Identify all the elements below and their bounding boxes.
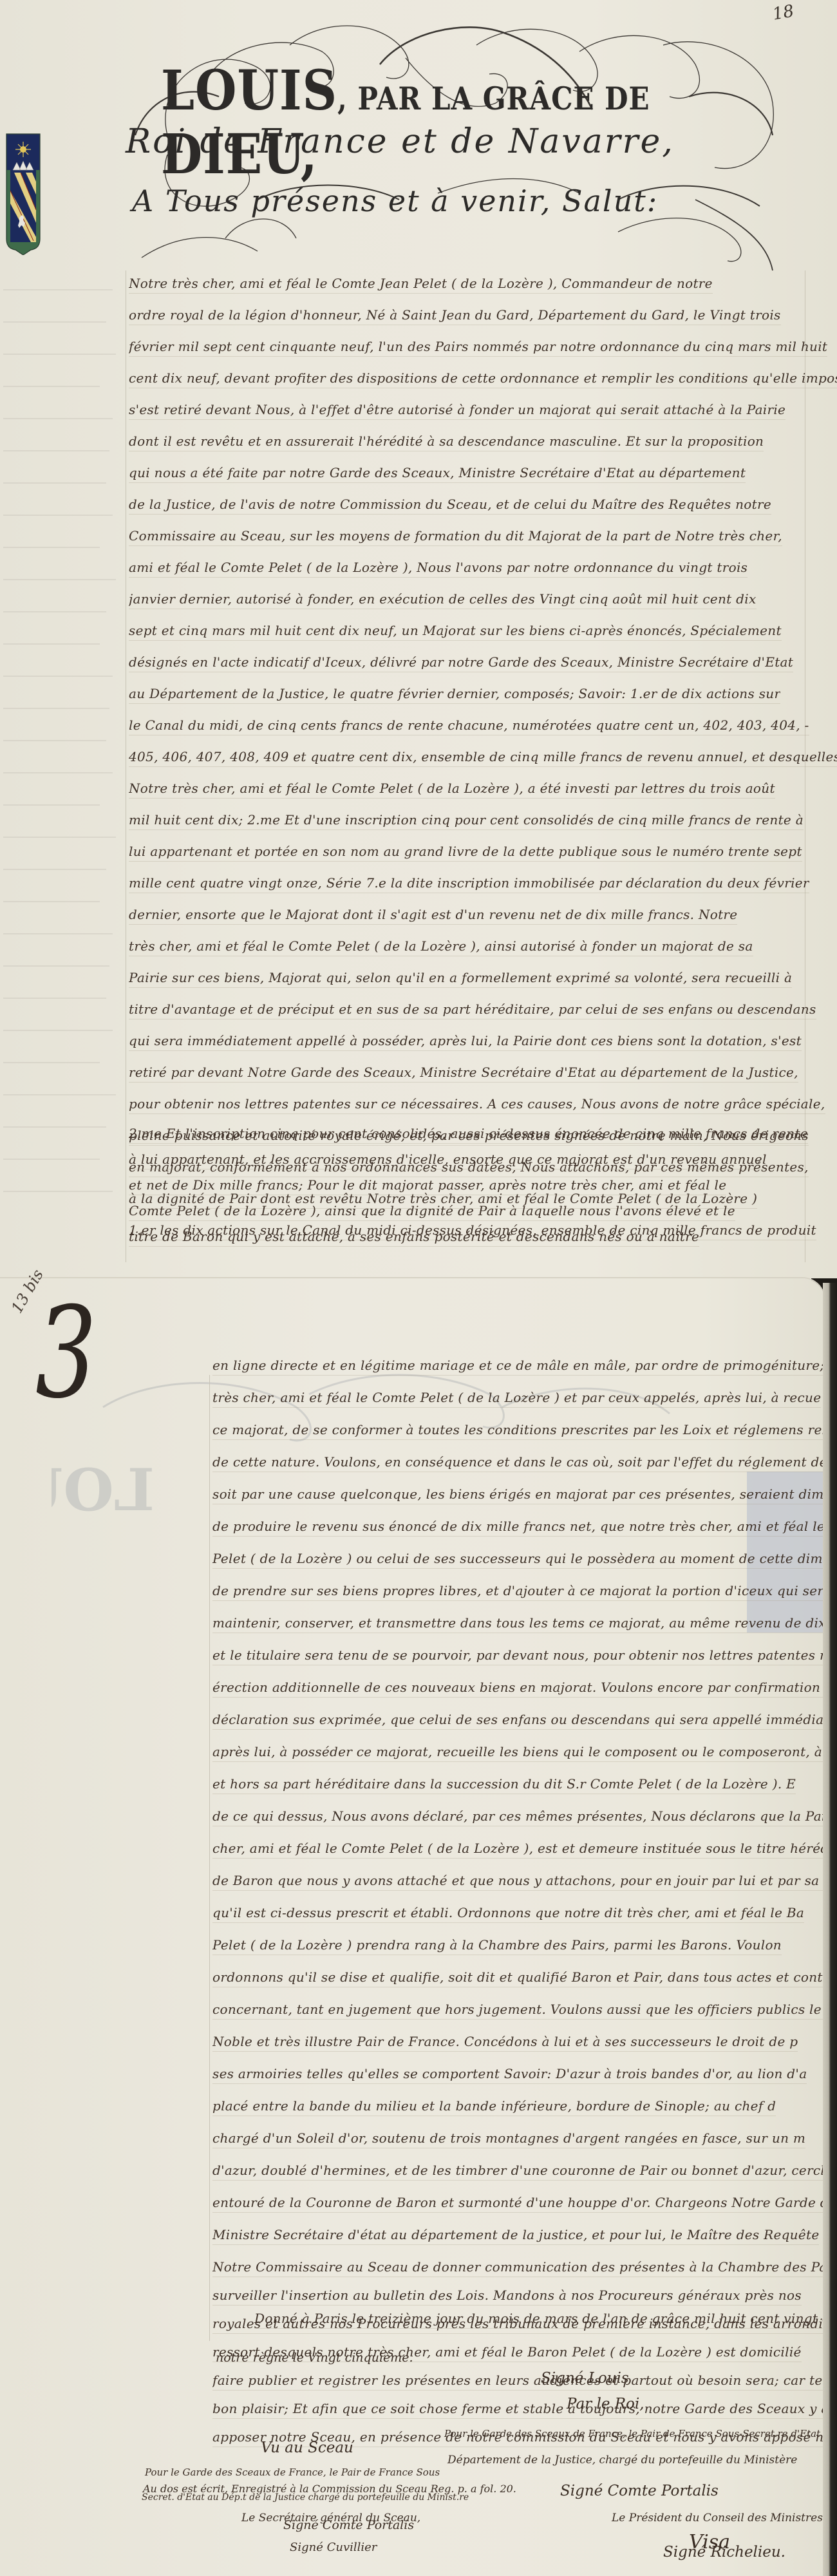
text-line: au Département de la Justice, le quatre … bbox=[129, 684, 780, 704]
text-line: érection additionnelle de ces nouveaux b… bbox=[212, 1678, 837, 1698]
text-line: février mil sept cent cinquante neuf, l'… bbox=[129, 337, 827, 357]
left-margin-rule bbox=[126, 270, 126, 1262]
text-line: s'est retiré devant Nous, à l'effet d'êt… bbox=[129, 400, 785, 420]
text-line: qui nous a été faite par notre Garde des… bbox=[129, 463, 746, 483]
text-line: ami et féal le Comte Pelet ( de la Lozèr… bbox=[129, 558, 748, 578]
svg-text:LOUIS, PAR LA GRÂCE DE DIEU,: LOUIS, PAR LA GRÂCE DE DIEU, bbox=[52, 1456, 155, 1524]
letters-patent-text-page-2: en ligne directe et en légitime mariage … bbox=[212, 1356, 825, 2270]
text-line: désignés en l'acte indicatif d'Iceux, dé… bbox=[129, 652, 793, 672]
text-line: de prendre sur ses biens propres libres,… bbox=[212, 1581, 837, 1601]
text-line: Pelet ( de la Lozère ) ou celui de ses s… bbox=[212, 1549, 837, 1569]
text-line: de produire le revenu sus énoncé de dix … bbox=[212, 1517, 837, 1537]
text-line: soit par une cause quelconque, les biens… bbox=[212, 1484, 837, 1504]
text-line: chargé d'un Soleil d'or, soutenu de troi… bbox=[212, 2128, 805, 2148]
signature-king: Signé Louis bbox=[541, 2370, 629, 2387]
text-line: pour obtenir nos lettres patentes sur ce… bbox=[129, 1094, 825, 1114]
text-line: bon plaisir; Et afin que ce soit chose f… bbox=[212, 2399, 829, 2419]
text-line: Commissaire au Sceau, sur les moyens de … bbox=[129, 526, 782, 546]
text-line: retiré par devant Notre Garde des Sceaux… bbox=[129, 1063, 798, 1083]
text-line: en ligne directe et en légitime mariage … bbox=[212, 1356, 837, 1376]
text-line: 405, 406, 407, 408, 409 et quatre cent d… bbox=[129, 747, 837, 767]
text-line: et hors sa part héréditaire dans la succ… bbox=[212, 1774, 796, 1794]
countersign-title-2: Département de la Justice, chargé du por… bbox=[447, 2454, 797, 2467]
text-line: surveiller l'insertion au bulletin des L… bbox=[212, 2286, 802, 2306]
text-line: Pairie sur ces biens, Majorat qui, selon… bbox=[129, 968, 792, 988]
text-line: de cette nature. Voulons, en conséquence… bbox=[212, 1452, 837, 1472]
text-line: concernant, tant en jugement que hors ju… bbox=[212, 2000, 837, 2020]
countersign-title-1: Pour le Garde des Sceaux de France, le P… bbox=[444, 2428, 820, 2439]
text-line: après lui, à posséder ce majorat, recuei… bbox=[212, 1742, 837, 1762]
text-line: ce majorat, de se conformer à toutes les… bbox=[212, 1420, 837, 1440]
reign-line: notre règne le Vingt cinquième. bbox=[216, 2351, 413, 2365]
letters-patent-text-page-1-end: 2.me Et l'inscription cinq pour cent con… bbox=[129, 1124, 811, 1278]
letters-patent-text-page-1: Notre très cher, ami et féal le Comte Je… bbox=[129, 274, 811, 1265]
text-line: très cher, ami et féal le Comte Pelet ( … bbox=[129, 936, 753, 956]
text-line: titre de Baron qui y est attaché, à ses … bbox=[129, 1227, 699, 1247]
text-line: et le titulaire sera tenu de se pourvoir… bbox=[212, 1645, 837, 1665]
text-line: qui sera immédiatement appellé à posséde… bbox=[129, 1031, 802, 1051]
dating-line: Donné à Paris le treizième jour du mois … bbox=[254, 2309, 825, 2329]
text-line: sept et cinq mars mil huit cent dix neuf… bbox=[129, 621, 782, 641]
text-line: mil huit cent dix; 2.me Et d'une inscrip… bbox=[129, 810, 804, 830]
salutation: A Tous présens et à venir, Salut: bbox=[132, 184, 776, 218]
text-line: déclaration sus exprimée, que celui de s… bbox=[212, 1710, 837, 1730]
text-line: Pelet ( de la Lozère ) prendra rang à la… bbox=[212, 1935, 782, 1955]
text-line: dont il est revêtu et en assurerait l'hé… bbox=[129, 431, 764, 451]
title-par-la-grace: , PAR LA GRÂCE DE bbox=[337, 80, 650, 117]
text-line: 2.me Et l'inscription cinq pour cent con… bbox=[129, 1124, 808, 1144]
text-line: le Canal du midi, de cinq cents francs d… bbox=[129, 715, 809, 735]
page-number-flourish: 3 bbox=[35, 1281, 97, 1426]
text-line: Comte Pelet ( de la Lozère ), ainsi que … bbox=[129, 1201, 735, 1221]
text-line: mille cent quatre vingt onze, Série 7.e … bbox=[129, 873, 809, 893]
par-le-roi: Par le Roi, bbox=[567, 2396, 644, 2412]
text-line: à lui appartenant, et les accroissemens … bbox=[129, 1150, 767, 1170]
text-line: et net de Dix mille francs; Pour le dit … bbox=[129, 1175, 726, 1195]
secretary-title: Le Secrétaire général du Sceau, bbox=[241, 2512, 420, 2524]
text-line: ses armoiries telles qu'elles se comport… bbox=[212, 2064, 807, 2084]
text-line: Noble et très illustre Pair de France. C… bbox=[212, 2032, 798, 2052]
page-subtitle: Roi de France et de Navarre, bbox=[126, 122, 769, 161]
document-page-2: LOUIS, PAR LA GRÂCE DE DIEU, 13 bis 3 en… bbox=[0, 1278, 825, 2576]
text-line: Notre très cher, ami et féal le Comte Je… bbox=[129, 274, 713, 294]
text-line: faire publier et registrer les présentes… bbox=[212, 2371, 837, 2391]
folio-number: 18 bbox=[771, 1, 796, 24]
text-line: cher, ami et féal le Comte Pelet ( de la… bbox=[212, 1839, 833, 1859]
vu-au-sceau: Vu au Sceau bbox=[261, 2439, 353, 2456]
text-line: de Baron que nous y avons attaché et que… bbox=[212, 1871, 837, 1891]
text-line: maintenir, conserver, et transmettre dan… bbox=[212, 1613, 837, 1633]
text-line: placé entre la bande du milieu et la ban… bbox=[212, 2096, 776, 2116]
secretary-name: Signé Cuvillier bbox=[290, 2541, 377, 2554]
text-line: très cher, ami et féal le Comte Pelet ( … bbox=[212, 1388, 821, 1408]
text-line: d'azur, doublé d'hermines, et de les tim… bbox=[212, 2161, 837, 2181]
text-line: ordre royal de la légion d'honneur, Né à… bbox=[129, 305, 781, 325]
president-title: Le Président du Conseil des Ministres bbox=[612, 2512, 823, 2524]
text-line: entouré de la Couronne de Baron et surmo… bbox=[212, 2193, 837, 2213]
coat-of-arms-icon bbox=[5, 133, 41, 255]
text-line: de la Justice, de l'avis de notre Commis… bbox=[129, 495, 771, 515]
text-line: lui appartenant et portée en son nom au … bbox=[129, 842, 802, 862]
registration-note: Au dos est écrit, Enregistré à la Commis… bbox=[143, 2483, 516, 2495]
president-name: Signé Richelieu. bbox=[663, 2544, 785, 2561]
document-page-1: 18 LOUIS, PAR LA GRÂCE DE DIEU, Roi de F… bbox=[0, 0, 837, 1278]
text-line: dernier, ensorte que le Majorat dont il … bbox=[129, 905, 737, 925]
show-through-ghost-text bbox=[0, 270, 122, 1236]
text-line: janvier dernier, autorisé à fonder, en e… bbox=[129, 589, 757, 609]
vu-title-1: Pour le Garde des Sceaux de France, le P… bbox=[145, 2467, 440, 2478]
text-line: Notre très cher, ami et féal le Comte Pe… bbox=[129, 779, 775, 799]
text-line: ordonnons qu'il se dise et qualifie, soi… bbox=[212, 1967, 823, 1987]
title-louis: LOUIS bbox=[161, 59, 337, 123]
text-line: qu'il est ci-dessus prescrit et établi. … bbox=[212, 1903, 804, 1923]
text-line: titre d'avantage et de préciput et en su… bbox=[129, 999, 816, 1019]
text-line: cent dix neuf, devant profiter des dispo… bbox=[129, 368, 837, 388]
text-line: Notre Commissaire au Sceau de donner com… bbox=[212, 2257, 837, 2277]
left-margin-rule bbox=[209, 1375, 210, 2341]
page-edge-shadow bbox=[823, 1283, 837, 2576]
countersign-name: Signé Comte Portalis bbox=[560, 2483, 719, 2499]
text-line: de ce qui dessus, Nous avons déclaré, pa… bbox=[212, 1806, 837, 1826]
text-line: Ministre Secrétaire d'état au départemen… bbox=[212, 2225, 819, 2245]
